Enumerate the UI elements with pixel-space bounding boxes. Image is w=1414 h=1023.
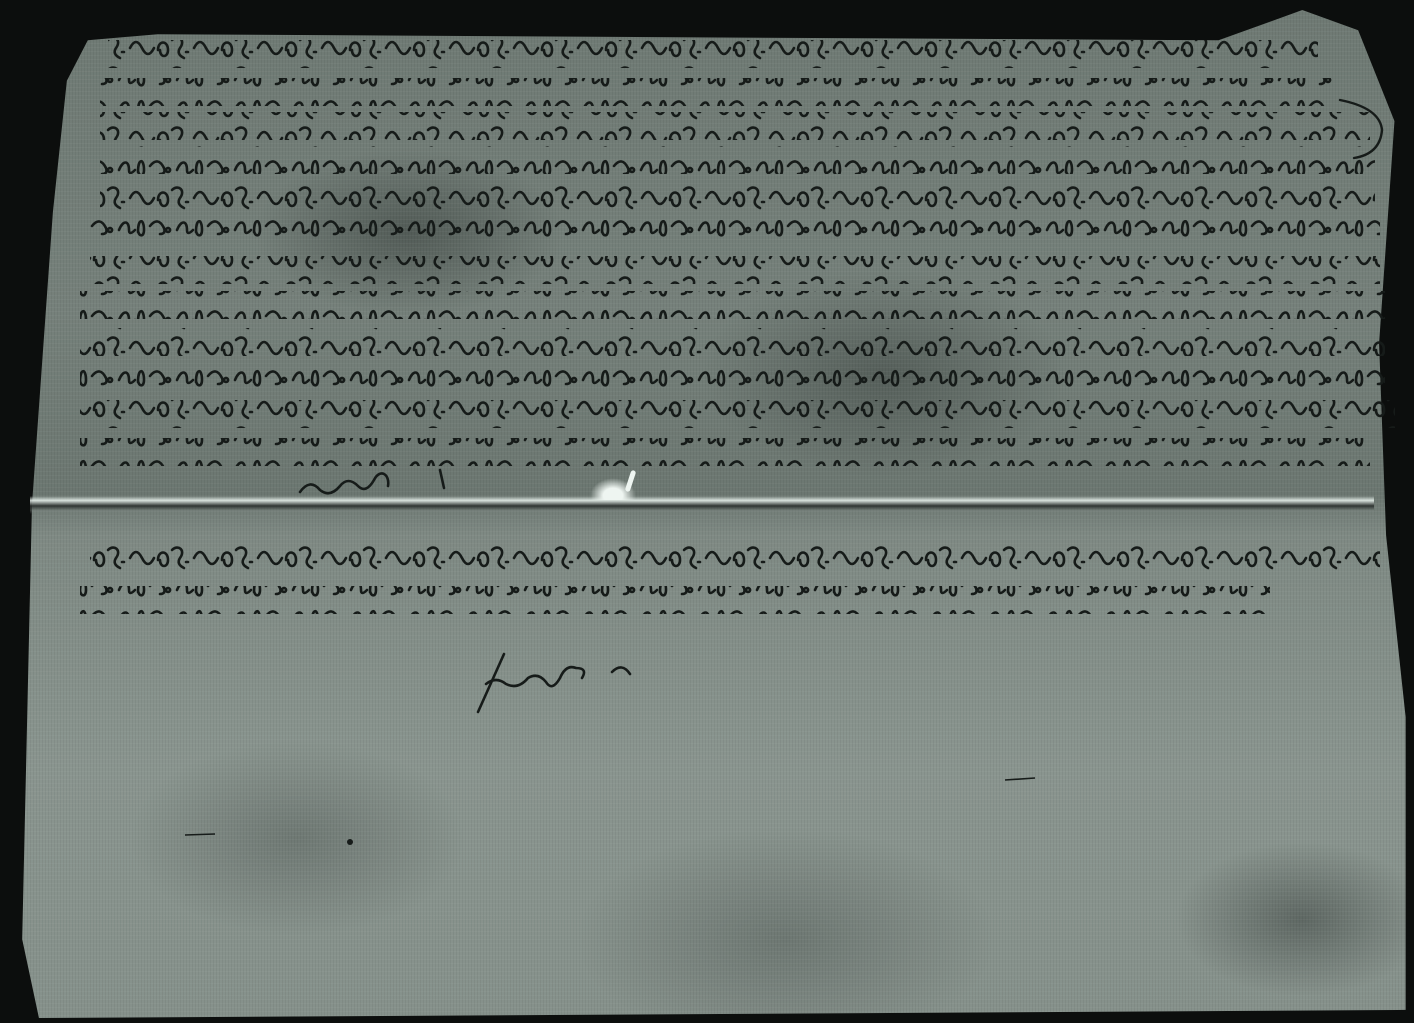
script-line-11 bbox=[80, 400, 1395, 428]
script-line-1 bbox=[108, 40, 1318, 68]
stray-stroke bbox=[1005, 778, 1035, 780]
script-line-9 bbox=[80, 328, 1385, 356]
fold-crease bbox=[30, 496, 1374, 514]
upper-closing-mark bbox=[300, 470, 444, 493]
script-line-5 bbox=[100, 182, 1375, 210]
script-line-6 bbox=[90, 220, 1380, 248]
stray-stroke bbox=[185, 834, 215, 835]
stray-mark bbox=[347, 839, 353, 845]
script-line-10 bbox=[80, 360, 1385, 388]
script-line-3 bbox=[100, 112, 1370, 140]
lower-script-line-2 bbox=[80, 586, 1270, 614]
crease-tear-mark bbox=[590, 478, 636, 500]
signature bbox=[478, 654, 630, 712]
script-line-4 bbox=[100, 146, 1375, 174]
lower-script-line-1 bbox=[90, 546, 1380, 574]
lower-panel-lines bbox=[80, 546, 1380, 845]
script-line-7 bbox=[90, 256, 1380, 284]
upper-panel-lines bbox=[80, 40, 1395, 493]
script-line-2 bbox=[100, 78, 1335, 106]
script-line-8 bbox=[80, 291, 1385, 319]
script-line-12 bbox=[80, 438, 1370, 466]
